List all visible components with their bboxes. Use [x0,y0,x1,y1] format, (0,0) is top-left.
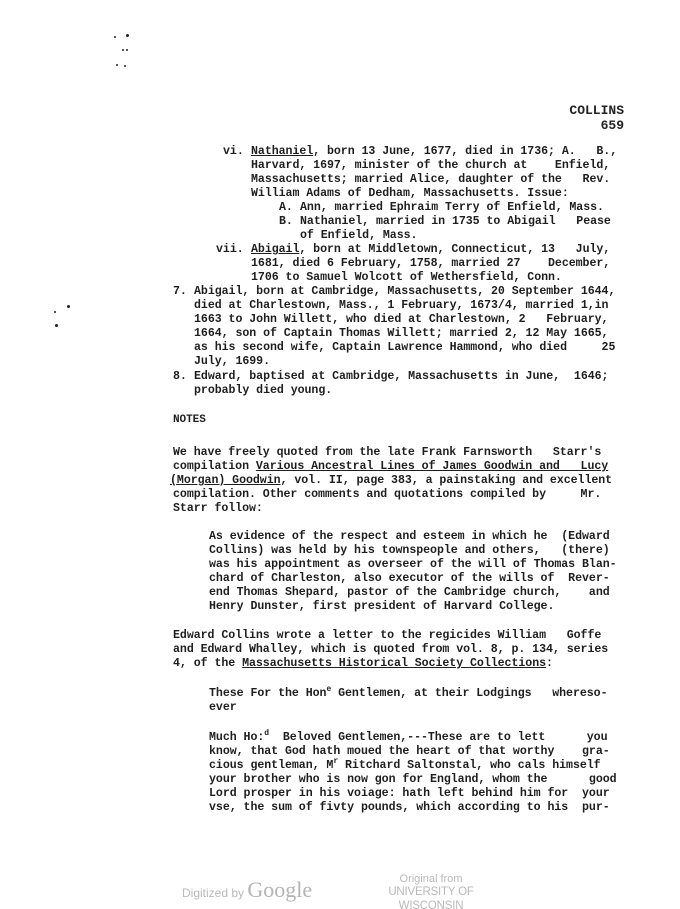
notes-line: 4, of the Massachusetts Historical Socie… [173,657,553,671]
google-logo: Google [247,877,312,902]
quote-line: Collins) was held by his townspeople and… [209,544,610,558]
entry-name: Nathaniel [251,145,313,158]
notes-line: and Edward Whalley, which is quoted from… [173,643,608,657]
address-line: ever [209,701,237,715]
entry-line: 1706 to Samuel Wolcott of Wethersfield, … [251,271,562,285]
letter-line: your brother who is now gon for England,… [209,773,617,787]
text: These For the Hon [209,687,326,700]
text: : [546,657,553,670]
entry-line: 1663 to John Willett, who died at Charle… [194,313,608,327]
scan-speck [124,65,126,67]
letter-line: Lord prosper in his voiage: hath left be… [209,787,610,801]
text: , vol. II, page 383, a painstaking and e… [281,474,613,487]
entry-line-rest: , born 13 June, 1677, died in 1736; A. B… [313,145,617,158]
entry-line: Nathaniel, married in 1735 to Abigail Pe… [300,215,611,229]
book-title-cont: (Morgan) Goodwin [170,474,281,487]
scan-speck [126,34,129,37]
notes-line: (Morgan) Goodwin, vol. II, page 383, a p… [170,474,612,488]
entry-line-rest: , born at Middletown, Connecticut, 13 Ju… [299,243,610,256]
institution-name: UNIVERSITY OF WISCONSIN [366,885,496,909]
scan-speck [54,311,56,313]
text: Much Ho: [209,731,264,744]
entry-line: 1681, died 6 February, 1758, married 27 … [251,257,610,271]
text: Gentlemen, at their Lodgings whereso- [331,687,607,700]
entry-line: William Adams of Dedham, Massachusetts. … [251,187,569,201]
text: cious gentleman, M [209,759,333,772]
surname-heading: COLLINS [569,103,624,118]
entry-line: Massachusetts; married Alice, daughter o… [251,173,610,187]
page-number: 659 [569,118,624,133]
text: Ritchard Saltonstal, who cals himself [338,759,600,772]
quote-line: end Thomas Shepard, pastor of the Cambri… [209,586,610,600]
entry-marker: 7. [173,285,187,299]
digitized-by-google: Digitized by Google [182,877,312,903]
collection-title: Massachusetts Historical Society Collect… [242,657,546,670]
entry-marker: vi. [223,145,244,159]
entry-marker: vii. [216,243,244,257]
entry-marker: 8. [173,370,187,384]
entry-line: of Enfield, Mass. [300,229,417,243]
notes-line: We have freely quoted from the late Fran… [173,446,601,460]
scan-speck [116,64,118,66]
quote-line: Henry Dunster, first president of Harvar… [209,600,554,614]
document-page: COLLINS 659 vi. Nathaniel, born 13 June,… [0,0,680,909]
entry-line: Abigail, born at Middletown, Connecticut… [251,243,610,257]
scan-speck [67,305,70,308]
original-from: Original from UNIVERSITY OF WISCONSIN [366,873,496,909]
entry-line: 1664, son of Captain Thomas Willett; mar… [194,327,608,341]
entry-name: Abigail [251,243,299,256]
text: compilation [173,460,256,473]
text: Beloved Gentlemen,---These are to lett y… [269,731,607,744]
notes-line: compilation Various Ancestral Lines of J… [173,460,608,474]
entry-line: July, 1699. [194,355,270,369]
notes-line: Edward Collins wrote a letter to the reg… [173,629,601,643]
book-title: Various Ancestral Lines of James Goodwin… [256,460,608,473]
original-from-label: Original from [366,873,496,885]
letter-line: know, that God hath moued the heart of t… [209,745,610,759]
letter-line: vse, the sum of fivty pounds, which acco… [209,801,610,815]
scan-speck [126,49,128,51]
entry-line: as his second wife, Captain Lawrence Ham… [194,341,615,355]
scan-footer: Digitized by Google Original from UNIVER… [0,873,680,903]
entry-line: Ann, married Ephraim Terry of Enfield, M… [300,201,604,215]
letter-line: cious gentleman, Mr Ritchard Saltonstal,… [209,759,601,773]
notes-line: Starr follow: [173,502,263,516]
entry-marker: A. [279,201,293,215]
quote-line: chard of Charleston, also executor of th… [209,572,610,586]
entry-line: Nathaniel, born 13 June, 1677, died in 1… [251,145,617,159]
address-line: These For the Hone Gentlemen, at their L… [209,687,608,701]
notes-line: compilation. Other comments and quotatio… [173,488,601,502]
quote-line: was his appointment as overseer of the w… [209,558,617,572]
quote-line: As evidence of the respect and esteem in… [209,530,610,544]
digitized-label: Digitized by [182,886,244,900]
entry-marker: B. [279,215,293,229]
page-header: COLLINS 659 [569,103,624,133]
entry-line: Edward, baptised at Cambridge, Massachus… [194,370,608,384]
scan-speck [55,324,58,327]
letter-line: Much Ho:d Beloved Gentlemen,---These are… [209,731,608,745]
entry-line: probably died young. [194,384,332,398]
entry-line: died at Charlestown, Mass., 1 February, … [194,299,608,313]
text: 4, of the [173,657,242,670]
notes-heading: NOTES [173,413,206,427]
scan-speck [114,36,116,38]
scan-speck [122,49,124,51]
entry-line: Harvard, 1697, minister of the church at… [251,159,610,173]
entry-line: Abigail, born at Cambridge, Massachusett… [194,285,615,299]
